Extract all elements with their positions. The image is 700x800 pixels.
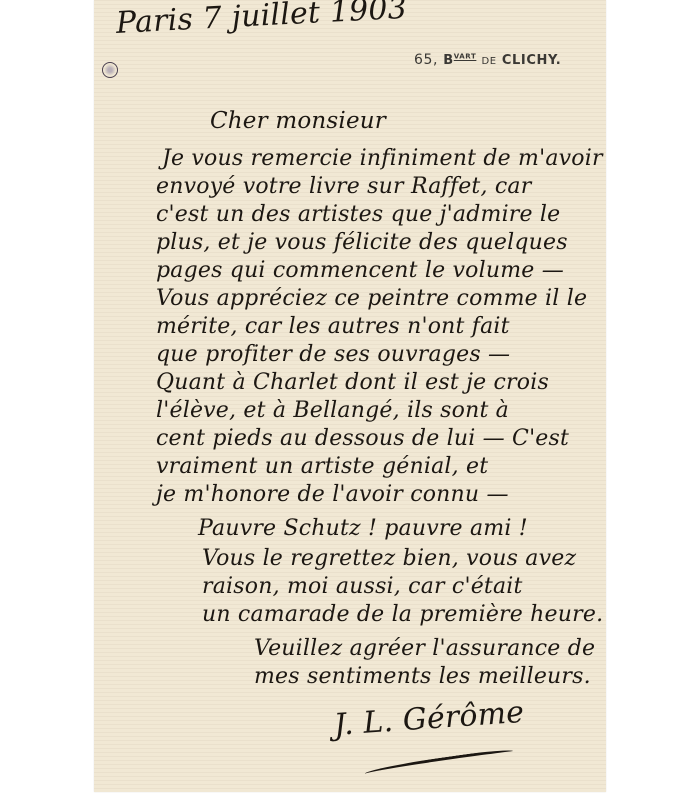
body-line: un camarade de la première heure.: [202, 602, 603, 627]
closing-line: mes sentiments les meilleurs.: [254, 664, 591, 689]
signature-flourish: [364, 748, 514, 778]
letterhead-street-abbr: B: [443, 53, 454, 68]
collection-stamp-icon: [102, 62, 118, 78]
body-line: c'est un des artistes que j'admire le: [156, 202, 560, 227]
body-line: pages qui commencent le volume —: [156, 258, 564, 283]
letterhead-street-name: CLICHY.: [502, 53, 561, 68]
letterhead-street-sup: VART: [454, 53, 477, 61]
body-line: Je vous remercie infiniment de m'avoir: [162, 146, 603, 171]
letterhead-number: 65,: [414, 52, 438, 68]
letterhead-address: 65, BVART DE CLICHY.: [414, 52, 561, 68]
body-line: plus, et je vous félicite des quelques: [156, 230, 568, 255]
body-line: Pauvre Schutz ! pauvre ami !: [198, 516, 528, 541]
letter-sheet: Paris 7 juillet 1903 65, BVART DE CLICHY…: [94, 0, 606, 792]
body-line: Vous le regrettez bien, vous avez: [202, 546, 576, 571]
body-line: que profiter de ses ouvrages —: [156, 342, 510, 367]
body-line: mérite, car les autres n'ont fait: [156, 314, 510, 339]
body-line: l'élève, et à Bellangé, ils sont à: [156, 398, 509, 423]
signature: J. L. Gérôme: [333, 695, 525, 743]
body-line: envoyé votre livre sur Raffet, car: [156, 174, 531, 199]
body-line: Quant à Charlet dont il est je crois: [156, 370, 549, 395]
body-line: vraiment un artiste génial, et: [156, 454, 488, 479]
closing-line: Veuillez agréer l'assurance de: [254, 636, 595, 661]
body-line: cent pieds au dessous de lui — C'est: [156, 426, 569, 451]
body-line: je m'honore de l'avoir connu —: [156, 482, 509, 507]
body-line: raison, moi aussi, car c'était: [202, 574, 523, 599]
dateline: Paris 7 juillet 1903: [115, 0, 408, 41]
body-line: Vous appréciez ce peintre comme il le: [156, 286, 587, 311]
letterhead-preposition: DE: [482, 56, 497, 67]
salutation: Cher monsieur: [210, 108, 386, 134]
